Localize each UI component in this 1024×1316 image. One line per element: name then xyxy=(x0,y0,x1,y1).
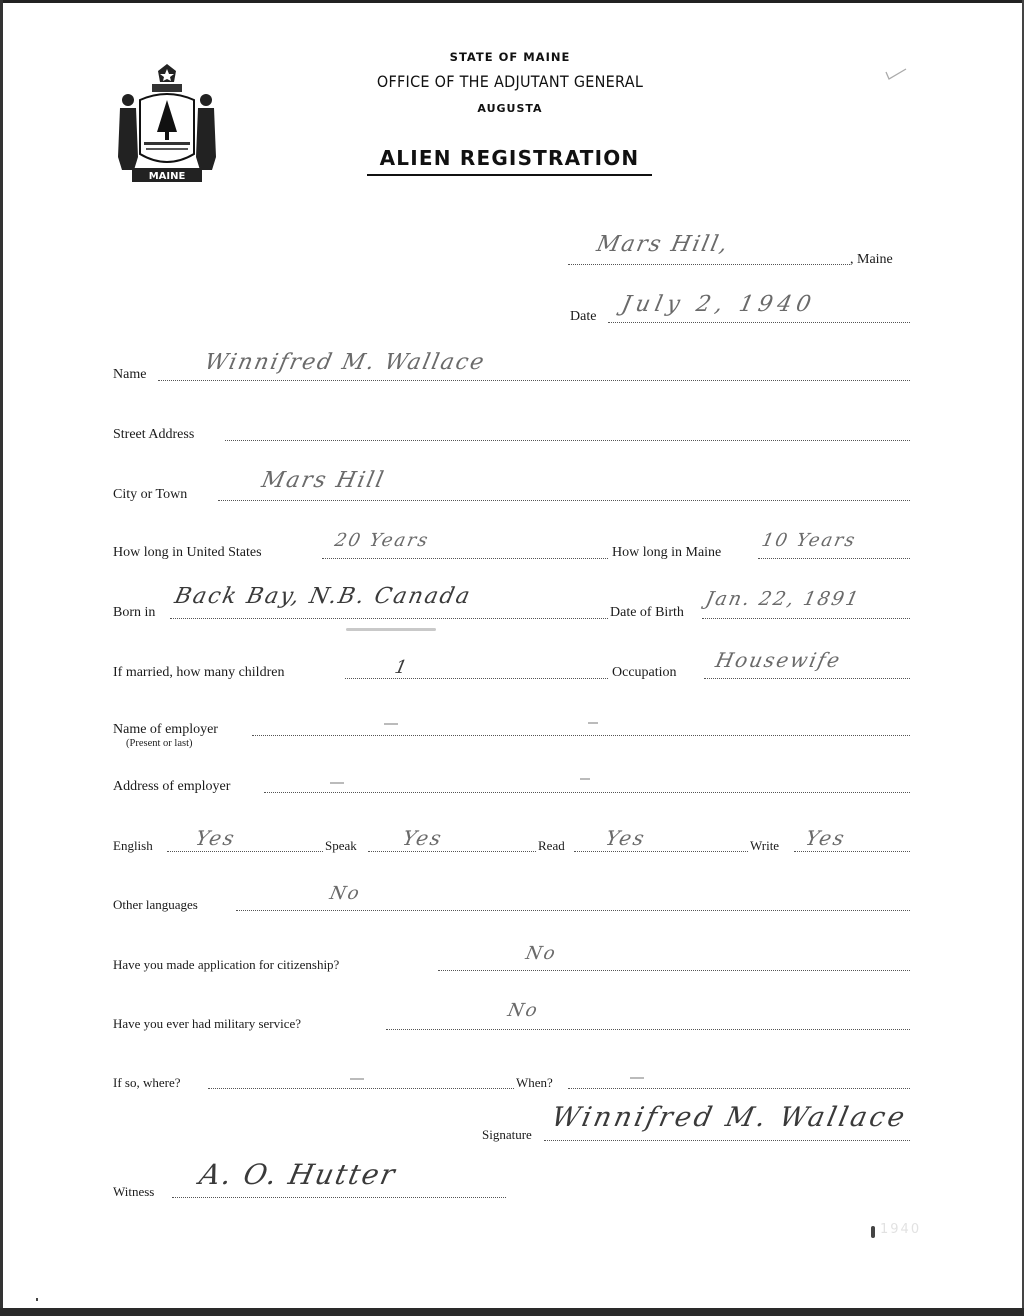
when-label: When? xyxy=(516,1075,553,1091)
speak-line xyxy=(368,851,536,852)
read-value[interactable]: Yes xyxy=(603,826,648,850)
place-suffix: , Maine xyxy=(850,252,893,268)
city-label: City or Town xyxy=(113,487,187,503)
speak-label: Speak xyxy=(325,838,357,854)
dash-mark xyxy=(630,1077,644,1079)
date-value[interactable]: July 2, 1940 xyxy=(619,292,818,317)
born-in-line xyxy=(170,618,608,619)
employer-name-label: Name of employer xyxy=(113,722,218,738)
employer-name-line[interactable] xyxy=(252,735,910,736)
how-long-maine-value[interactable]: 10 Years xyxy=(760,530,859,551)
read-line xyxy=(574,851,748,852)
dob-value[interactable]: Jan. 22, 1891 xyxy=(704,588,863,610)
how-long-maine-line xyxy=(758,558,910,559)
city-line xyxy=(218,500,910,501)
military-value[interactable]: No xyxy=(506,1000,541,1021)
signature-line xyxy=(544,1140,910,1141)
children-line xyxy=(345,678,608,679)
header-state: STATE OF MAINE xyxy=(340,50,680,64)
dob-label: Date of Birth xyxy=(610,605,684,621)
name-line xyxy=(158,380,910,381)
where-line[interactable] xyxy=(208,1088,514,1089)
checkmark-icon xyxy=(882,66,910,82)
read-label: Read xyxy=(538,838,565,854)
write-label: Write xyxy=(750,838,779,854)
dash-mark xyxy=(384,723,398,725)
dash-mark xyxy=(580,778,590,780)
dash-mark xyxy=(588,722,598,724)
witness-line xyxy=(172,1197,506,1198)
english-value[interactable]: Yes xyxy=(193,826,238,850)
citizenship-line xyxy=(438,970,910,971)
children-value[interactable]: 1 xyxy=(393,657,411,678)
military-label: Have you ever had military service? xyxy=(113,1016,301,1032)
street-address-line[interactable] xyxy=(225,440,910,441)
english-label: English xyxy=(113,838,153,854)
how-long-us-value[interactable]: 20 Years xyxy=(333,530,432,551)
english-line xyxy=(167,851,323,852)
how-long-us-line xyxy=(322,558,608,559)
maine-state-seal-icon: MAINE xyxy=(110,62,225,187)
form-title: ALIEN REGISTRATION xyxy=(367,146,652,176)
place-line xyxy=(568,264,850,265)
name-label: Name xyxy=(113,367,146,383)
scan-border-top xyxy=(0,0,1024,3)
other-languages-line xyxy=(236,910,910,911)
dash-mark xyxy=(350,1078,364,1080)
born-in-label: Born in xyxy=(113,605,155,621)
date-label: Date xyxy=(570,309,596,325)
witness-label: Witness xyxy=(113,1184,154,1200)
scan-speck xyxy=(36,1298,38,1301)
header-city: AUGUSTA xyxy=(340,102,680,115)
where-label: If so, where? xyxy=(113,1075,181,1091)
occupation-value[interactable]: Housewife xyxy=(713,648,843,672)
place-value[interactable]: Mars Hill, xyxy=(594,232,731,257)
scan-border-left xyxy=(0,0,3,1316)
employer-address-label: Address of employer xyxy=(113,779,230,795)
dob-line xyxy=(702,618,910,619)
other-languages-label: Other languages xyxy=(113,897,198,913)
speak-value[interactable]: Yes xyxy=(400,826,445,850)
city-value[interactable]: Mars Hill xyxy=(259,468,387,493)
date-line xyxy=(608,322,910,323)
other-languages-value[interactable]: No xyxy=(328,883,363,904)
employer-address-line[interactable] xyxy=(264,792,910,793)
military-line xyxy=(386,1029,910,1030)
citizenship-label: Have you made application for citizenshi… xyxy=(113,957,339,973)
scan-border-bottom xyxy=(0,1308,1024,1316)
dash-mark xyxy=(330,782,344,784)
how-long-us-label: How long in United States xyxy=(113,545,262,561)
born-in-value[interactable]: Back Bay, N.B. Canada xyxy=(172,584,473,609)
svg-text:MAINE: MAINE xyxy=(149,171,186,182)
when-line[interactable] xyxy=(568,1088,910,1089)
occupation-line xyxy=(704,678,910,679)
name-value[interactable]: Winnifred M. Wallace xyxy=(202,350,488,375)
how-long-maine-label: How long in Maine xyxy=(612,545,721,561)
children-label: If married, how many children xyxy=(113,665,284,681)
signature-label: Signature xyxy=(482,1127,532,1143)
citizenship-value[interactable]: No xyxy=(524,943,559,964)
write-value[interactable]: Yes xyxy=(803,826,848,850)
ink-smudge xyxy=(346,628,436,631)
signature-value[interactable]: Winnifred M. Wallace xyxy=(549,1102,910,1133)
header-office: OFFICE OF THE ADJUTANT GENERAL xyxy=(357,72,663,91)
street-address-label: Street Address xyxy=(113,427,194,443)
occupation-label: Occupation xyxy=(612,665,677,681)
employer-name-sublabel: (Present or last) xyxy=(126,738,192,749)
witness-value[interactable]: A. O. Hutter xyxy=(196,1158,399,1191)
faint-stamp: 1940 xyxy=(700,1222,921,1237)
write-line xyxy=(794,851,910,852)
stamp-mark xyxy=(871,1226,875,1238)
